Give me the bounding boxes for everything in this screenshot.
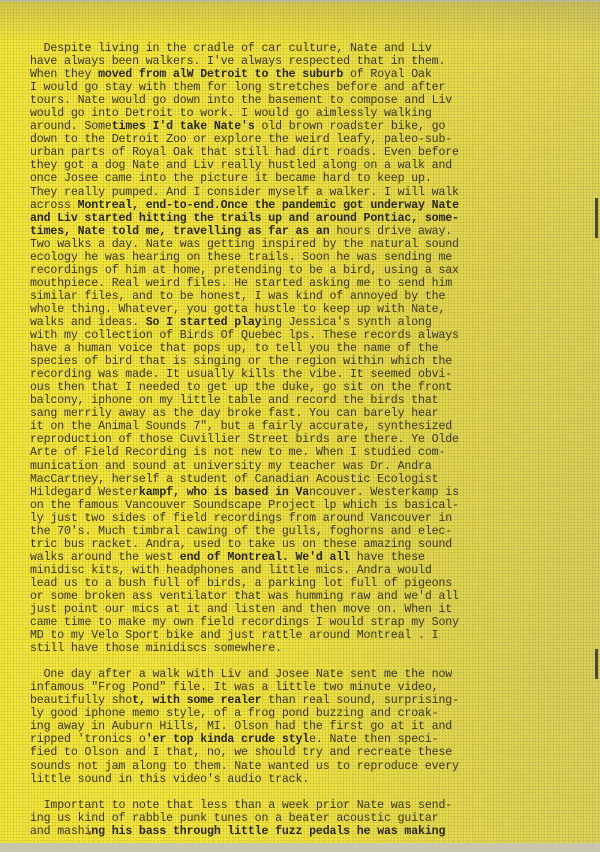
zine-page: Despite living in the cradle of car cult… bbox=[0, 2, 600, 845]
text-run: beautifully sho bbox=[30, 694, 132, 707]
text-line: ing us kind of rabble punk tunes on a be… bbox=[30, 812, 490, 825]
text-line: species of bird that is singing or the r… bbox=[30, 355, 490, 368]
text-run: around. Some bbox=[30, 120, 112, 133]
bold-text-run: kampf, who is based in Va bbox=[139, 486, 309, 499]
text-run: hours drive away. bbox=[330, 225, 453, 238]
text-run: mouthpiece. Real weird files. He started… bbox=[30, 277, 452, 290]
text-run: ing Jessica's synth along bbox=[261, 316, 431, 329]
text-run: sounds not jam along to them. Nate wante… bbox=[30, 760, 459, 773]
text-line: little sound in this video's audio track… bbox=[30, 773, 490, 786]
text-run: with my collection of Birds Of Quebec lp… bbox=[30, 329, 459, 342]
bold-text-run: end of Montreal. We'd all bbox=[180, 551, 350, 564]
text-run: I would go stay with them for long stret… bbox=[30, 81, 445, 94]
text-run: walks and ideas. bbox=[30, 316, 146, 329]
text-line: Important to note that less than a week … bbox=[30, 799, 490, 812]
text-line: mouthpiece. Real weird files. He started… bbox=[30, 277, 490, 290]
text-line: munication and sound at university my te… bbox=[30, 460, 490, 473]
text-run: whole thing. Whatever, you gotta hustle … bbox=[30, 303, 445, 316]
text-run: and mashi bbox=[30, 825, 91, 838]
text-line: tric bus racket. Andra, used to take us … bbox=[30, 538, 490, 551]
text-line: across Montreal, end-to-end.Once the pan… bbox=[30, 199, 490, 212]
text-run: have a human voice that pops up, to tell… bbox=[30, 342, 438, 355]
text-run: minidisc kits, with headphones and littl… bbox=[30, 564, 432, 577]
text-line: walks around the west end of Montreal. W… bbox=[30, 551, 490, 564]
text-run: across bbox=[30, 199, 78, 212]
text-line: walks and ideas. So I started playing Je… bbox=[30, 316, 490, 329]
bold-text-run: moved from alW Detroit to the suburb bbox=[98, 68, 343, 81]
text-line: recordings of him at home, pretending to… bbox=[30, 264, 490, 277]
text-line: fied to Olson and I that, no, we should … bbox=[30, 746, 490, 759]
text-run: than real sound, surprising- bbox=[261, 694, 458, 707]
text-run: Despite living in the cradle of car cult… bbox=[30, 42, 432, 55]
text-run: ing away in Auburn Hills, MI. Olson had … bbox=[30, 720, 452, 733]
bold-text-run: 'er top kinda crude styl bbox=[146, 733, 309, 746]
paragraph: One day after a walk with Liv and Josee … bbox=[30, 668, 490, 785]
text-line: lead us to a bush full of birds, a parki… bbox=[30, 577, 490, 590]
text-line: around. Sometimes I'd take Nate's old br… bbox=[30, 120, 490, 133]
text-run: ecology he was hearing on these trails. … bbox=[30, 251, 452, 264]
text-run: ncouver. Westerkamp is bbox=[309, 486, 459, 499]
text-run: ripped 'tronics o bbox=[30, 733, 146, 746]
text-run: tours. Nate would go down into the basem… bbox=[30, 94, 452, 107]
bold-text-run: and Liv started hitting the trails up an… bbox=[30, 212, 459, 225]
text-run: came time to make my own field recording… bbox=[30, 616, 459, 629]
text-line: I would go stay with them for long stret… bbox=[30, 81, 490, 94]
text-run: Hildegard Wester bbox=[30, 486, 139, 499]
text-run: would go into Detroit to work. I would g… bbox=[30, 107, 432, 120]
text-run: Two walks a day. Nate was getting inspir… bbox=[30, 238, 459, 251]
page-edge-mark bbox=[595, 649, 598, 679]
text-run: just point our mics at it and listen and… bbox=[30, 603, 452, 616]
text-line: infamous "Frog Pond" file. It was a litt… bbox=[30, 681, 490, 694]
text-run: still have those minidiscs somewhere. bbox=[30, 642, 282, 655]
text-run: have these bbox=[350, 551, 425, 564]
text-run: One day after a walk with Liv and Josee … bbox=[30, 668, 452, 681]
text-run: on the famous Vancouver Soundscape Proje… bbox=[30, 499, 459, 512]
text-line: similar files, and to be honest, I was k… bbox=[30, 290, 490, 303]
text-line: reproduction of those Cuvillier Street b… bbox=[30, 433, 490, 446]
bold-text-run: t, with some realer bbox=[132, 694, 261, 707]
text-line: Hildegard Westerkampf, who is based in V… bbox=[30, 486, 490, 499]
text-line: and Liv started hitting the trails up an… bbox=[30, 212, 490, 225]
ink-speck bbox=[88, 831, 91, 835]
text-run: ly good iphone memo style, of a frog pon… bbox=[30, 707, 438, 720]
text-line: urban parts of Royal Oak that still had … bbox=[30, 146, 490, 159]
text-line: times, Nate told me, travelling as far a… bbox=[30, 225, 490, 238]
bold-text-run: Montreal, end-to-end.Once the pandemic g… bbox=[78, 199, 459, 212]
text-run: Arte of Field Recording is not new to me… bbox=[30, 446, 445, 459]
text-line: MD to my Velo Sport bike and just rattle… bbox=[30, 629, 490, 642]
text-run: fied to Olson and I that, no, we should … bbox=[30, 746, 452, 759]
text-line: ous then that I needed to get up the duk… bbox=[30, 381, 490, 394]
text-run: e. Nate then speci- bbox=[309, 733, 438, 746]
paragraph: Despite living in the cradle of car cult… bbox=[30, 42, 490, 655]
text-run: recording was made. It usually kills the… bbox=[30, 368, 452, 381]
text-run: They really pumped. And I consider mysel… bbox=[30, 186, 459, 199]
text-line: ly just two sides of field recordings fr… bbox=[30, 512, 490, 525]
text-line: minidisc kits, with headphones and littl… bbox=[30, 564, 490, 577]
page-edge-mark bbox=[595, 198, 598, 238]
text-run: reproduction of those Cuvillier Street b… bbox=[30, 433, 459, 446]
text-run: infamous "Frog Pond" file. It was a litt… bbox=[30, 681, 438, 694]
typewritten-text: Despite living in the cradle of car cult… bbox=[30, 42, 490, 838]
text-run: of Royal Oak bbox=[343, 68, 432, 81]
text-run: sang merrily away as the day broke fast.… bbox=[30, 407, 438, 420]
text-line: MacCartney, herself a student of Canadia… bbox=[30, 473, 490, 486]
text-line: ly good iphone memo style, of a frog pon… bbox=[30, 707, 490, 720]
text-run: When they bbox=[30, 68, 98, 81]
text-line: ecology he was hearing on these trails. … bbox=[30, 251, 490, 264]
text-run: species of bird that is singing or the r… bbox=[30, 355, 452, 368]
text-line: down to the Detroit Zoo or explore the w… bbox=[30, 133, 490, 146]
text-line: whole thing. Whatever, you gotta hustle … bbox=[30, 303, 490, 316]
text-run: MacCartney, herself a student of Canadia… bbox=[30, 473, 438, 486]
text-line: They really pumped. And I consider mysel… bbox=[30, 186, 490, 199]
text-run: balcony, iphone on my little table and r… bbox=[30, 394, 438, 407]
text-line: sang merrily away as the day broke fast.… bbox=[30, 407, 490, 420]
text-run: recordings of him at home, pretending to… bbox=[30, 264, 459, 277]
text-line: once Josee came into the picture it beca… bbox=[30, 172, 490, 185]
bold-text-run: times I'd take Nate's bbox=[112, 120, 255, 133]
text-line: ing away in Auburn Hills, MI. Olson had … bbox=[30, 720, 490, 733]
text-line: sounds not jam along to them. Nate wante… bbox=[30, 760, 490, 773]
text-run: down to the Detroit Zoo or explore the w… bbox=[30, 133, 452, 146]
text-line: just point our mics at it and listen and… bbox=[30, 603, 490, 616]
bold-text-run: ng his bass through little fuzz pedals h… bbox=[91, 825, 445, 838]
text-line: Two walks a day. Nate was getting inspir… bbox=[30, 238, 490, 251]
text-line: have always been walkers. I've always re… bbox=[30, 55, 490, 68]
text-line: One day after a walk with Liv and Josee … bbox=[30, 668, 490, 681]
text-run: it on the Animal Sounds 7", but a fairly… bbox=[30, 420, 452, 433]
text-line: beautifully shot, with some realer than … bbox=[30, 694, 490, 707]
text-line: would go into Detroit to work. I would g… bbox=[30, 107, 490, 120]
text-run: ly just two sides of field recordings fr… bbox=[30, 512, 452, 525]
text-line: or some broken ass ventilator that was h… bbox=[30, 590, 490, 603]
text-line: When they moved from alW Detroit to the … bbox=[30, 68, 490, 81]
text-line: they got a dog Nate and Liv really hustl… bbox=[30, 159, 490, 172]
text-line: with my collection of Birds Of Quebec lp… bbox=[30, 329, 490, 342]
text-run: walks around the west bbox=[30, 551, 180, 564]
text-run: similar files, and to be honest, I was k… bbox=[30, 290, 445, 303]
text-run: lead us to a bush full of birds, a parki… bbox=[30, 577, 452, 590]
text-run: munication and sound at university my te… bbox=[30, 460, 432, 473]
text-run: old brown roadster bike, go bbox=[255, 120, 446, 133]
bold-text-run: times, Nate told me, travelling as far a… bbox=[30, 225, 330, 238]
text-run: tric bus racket. Andra, used to take us … bbox=[30, 538, 452, 551]
text-line: Despite living in the cradle of car cult… bbox=[30, 42, 490, 55]
text-line: the 70's. Much timbral cawing of the gul… bbox=[30, 525, 490, 538]
text-line: tours. Nate would go down into the basem… bbox=[30, 94, 490, 107]
text-run: little sound in this video's audio track… bbox=[30, 773, 309, 786]
text-run: MD to my Velo Sport bike and just rattle… bbox=[30, 629, 438, 642]
text-run: once Josee came into the picture it beca… bbox=[30, 172, 432, 185]
text-line: it on the Animal Sounds 7", but a fairly… bbox=[30, 420, 490, 433]
paragraph: Important to note that less than a week … bbox=[30, 799, 490, 838]
text-line: Arte of Field Recording is not new to me… bbox=[30, 446, 490, 459]
text-run: ing us kind of rabble punk tunes on a be… bbox=[30, 812, 438, 825]
text-line: balcony, iphone on my little table and r… bbox=[30, 394, 490, 407]
text-line: ripped 'tronics o'er top kinda crude sty… bbox=[30, 733, 490, 746]
text-line: still have those minidiscs somewhere. bbox=[30, 642, 490, 655]
text-run: the 70's. Much timbral cawing of the gul… bbox=[30, 525, 452, 538]
text-line: have a human voice that pops up, to tell… bbox=[30, 342, 490, 355]
text-run: they got a dog Nate and Liv really hustl… bbox=[30, 159, 452, 172]
scan-bottom-edge bbox=[0, 843, 600, 852]
text-run: ous then that I needed to get up the duk… bbox=[30, 381, 452, 394]
text-run: have always been walkers. I've always re… bbox=[30, 55, 445, 68]
bold-text-run: So I started play bbox=[146, 316, 262, 329]
text-run: or some broken ass ventilator that was h… bbox=[30, 590, 459, 603]
text-run: Important to note that less than a week … bbox=[30, 799, 452, 812]
text-run: urban parts of Royal Oak that still had … bbox=[30, 146, 459, 159]
text-line: came time to make my own field recording… bbox=[30, 616, 490, 629]
text-line: and mashing his bass through little fuzz… bbox=[30, 825, 490, 838]
text-line: on the famous Vancouver Soundscape Proje… bbox=[30, 499, 490, 512]
text-line: recording was made. It usually kills the… bbox=[30, 368, 490, 381]
